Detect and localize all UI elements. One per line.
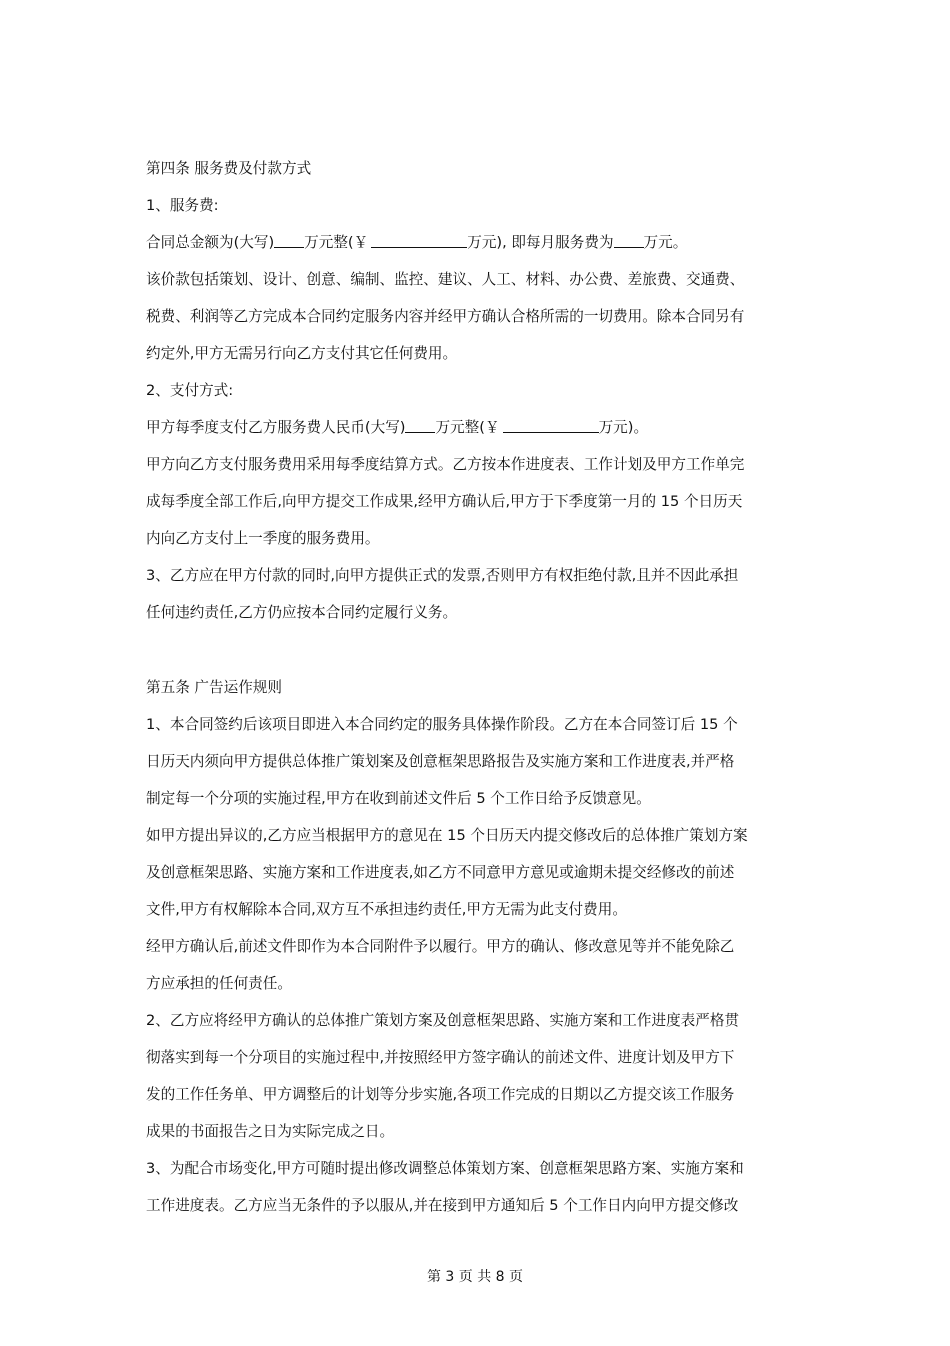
- quarterly-text-3: 万元)。: [599, 419, 648, 436]
- settlement-line: 内向乙方支付上一季度的服务费用。: [146, 520, 806, 557]
- confirmation-line: 经甲方确认后,前述文件即作为本合同附件予以履行。甲方的确认、修改意见等并不能免除…: [146, 928, 806, 965]
- section-4-title: 第四条 服务费及付款方式: [146, 150, 806, 187]
- section-5-item-2-line: 2、乙方应将经甲方确认的总体推广策划方案及创意框架思路、实施方案和工作进度表严格…: [146, 1002, 806, 1039]
- section-5-item-1-line: 制定每一个分项的实施过程,甲方在收到前述文件后 5 个工作日给予反馈意见。: [146, 780, 806, 817]
- price-scope-line: 约定外,甲方无需另行向乙方支付其它任何费用。: [146, 335, 806, 372]
- section-5-item-3-line: 工作进度表。乙方应当无条件的予以服从,并在接到甲方通知后 5 个工作日内向甲方提…: [146, 1187, 806, 1224]
- total-amount-text-4: 万元。: [644, 234, 688, 251]
- section-4-item-2-heading: 2、支付方式:: [146, 372, 806, 409]
- amount-blank-numeric: [371, 233, 467, 248]
- section-5-item-1-line: 1、本合同签约后该项目即进入本合同约定的服务具体操作阶段。乙方在本合同签订后 1…: [146, 706, 806, 743]
- section-5-item-2-line: 彻落实到每一个分项目的实施过程中,并按照经甲方签字确认的前述文件、进度计划及甲方…: [146, 1039, 806, 1076]
- price-scope-line: 该价款包括策划、设计、创意、编制、监控、建议、人工、材料、办公费、差旅费、交通费…: [146, 261, 806, 298]
- total-amount-text-2: 万元整(￥: [304, 234, 368, 251]
- section-spacer: [146, 631, 806, 669]
- section-4-item-3-line: 任何违约责任,乙方仍应按本合同约定履行义务。: [146, 594, 806, 631]
- document-page: 第四条 服务费及付款方式 1、服务费: 合同总金额为(大写)万元整(￥万元), …: [0, 0, 950, 1346]
- quarterly-blank-numeric: [503, 418, 599, 433]
- quarterly-payment-line: 甲方每季度支付乙方服务费人民币(大写)万元整(￥万元)。: [146, 409, 806, 446]
- total-amount-text-3: 万元), 即每月服务费为: [467, 234, 613, 251]
- amount-blank-uppercase: [274, 233, 304, 248]
- settlement-line: 成每季度全部工作后,向甲方提交工作成果,经甲方确认后,甲方于下季度第一月的 15…: [146, 483, 806, 520]
- section-5-item-3-line: 3、为配合市场变化,甲方可随时提出修改调整总体策划方案、创意框架思路方案、实施方…: [146, 1150, 806, 1187]
- total-amount-line: 合同总金额为(大写)万元整(￥万元), 即每月服务费为万元。: [146, 224, 806, 261]
- document-body: 第四条 服务费及付款方式 1、服务费: 合同总金额为(大写)万元整(￥万元), …: [146, 150, 806, 1224]
- quarterly-text-1: 甲方每季度支付乙方服务费人民币(大写): [146, 419, 405, 436]
- section-5-item-2-line: 发的工作任务单、甲方调整后的计划等分步实施,各项工作完成的日期以乙方提交该工作服…: [146, 1076, 806, 1113]
- monthly-fee-blank: [614, 233, 644, 248]
- page-number-footer: 第 3 页 共 8 页: [0, 1266, 950, 1286]
- section-5-item-1-line: 日历天内须向甲方提供总体推广策划案及创意框架思路报告及实施方案和工作进度表,并严…: [146, 743, 806, 780]
- objection-line: 如甲方提出异议的,乙方应当根据甲方的意见在 15 个日历天内提交修改后的总体推广…: [146, 817, 806, 854]
- price-scope-line: 税费、利润等乙方完成本合同约定服务内容并经甲方确认合格所需的一切费用。除本合同另…: [146, 298, 806, 335]
- section-5-title: 第五条 广告运作规则: [146, 669, 806, 706]
- confirmation-line: 方应承担的任何责任。: [146, 965, 806, 1002]
- quarterly-blank-uppercase: [405, 418, 435, 433]
- section-4-item-1-heading: 1、服务费:: [146, 187, 806, 224]
- objection-line: 文件,甲方有权解除本合同,双方互不承担违约责任,甲方无需为此支付费用。: [146, 891, 806, 928]
- settlement-line: 甲方向乙方支付服务费用采用每季度结算方式。乙方按本作进度表、工作计划及甲方工作单…: [146, 446, 806, 483]
- objection-line: 及创意框架思路、实施方案和工作进度表,如乙方不同意甲方意见或逾期未提交经修改的前…: [146, 854, 806, 891]
- section-5-item-2-line: 成果的书面报告之日为实际完成之日。: [146, 1113, 806, 1150]
- section-4-item-3-line: 3、乙方应在甲方付款的同时,向甲方提供正式的发票,否则甲方有权拒绝付款,且并不因…: [146, 557, 806, 594]
- quarterly-text-2: 万元整(￥: [435, 419, 499, 436]
- total-amount-text-1: 合同总金额为(大写): [146, 234, 274, 251]
